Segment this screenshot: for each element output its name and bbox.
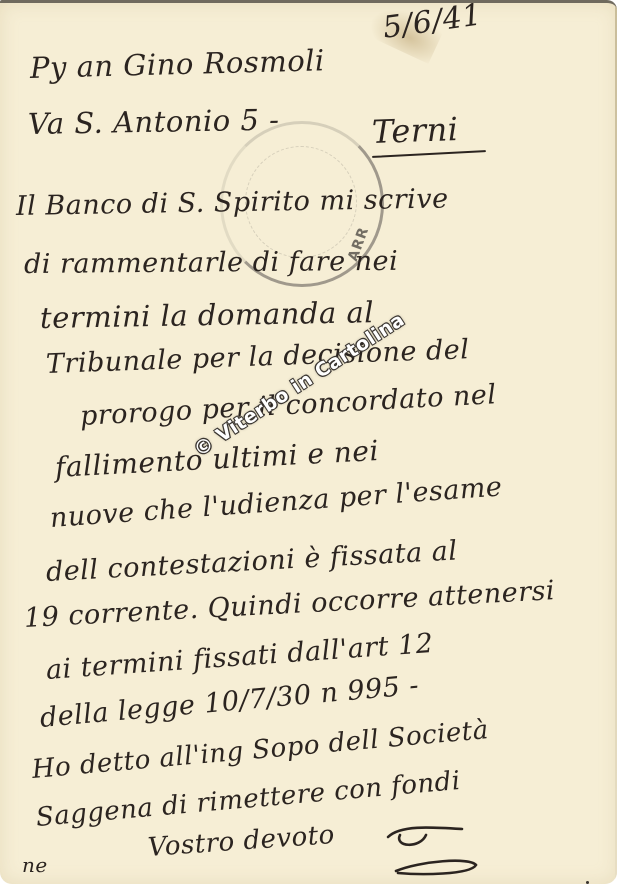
ink-speck xyxy=(586,881,589,884)
closing: Vostro devoto xyxy=(147,820,336,863)
signature-flourish xyxy=(380,821,490,881)
body-line: di rammentarle di fare nei xyxy=(24,246,398,280)
corner-mark: ne xyxy=(22,853,48,877)
address-line-1: Py an Gino Rosmoli xyxy=(30,43,326,85)
body-line: Il Banco di S. Spirito mi scrive xyxy=(16,183,449,222)
postcard: ARR 5/6/41 Py an Gino Rosmoli Va S. Anto… xyxy=(0,0,617,884)
body-line: termini la domanda al xyxy=(40,295,375,335)
address-line-2: Va S. Antonio 5 - xyxy=(28,103,280,141)
body-line: Tribunale per la decisione del xyxy=(45,334,469,380)
body-line: dell contestazioni è fissata al xyxy=(45,535,458,588)
address-city: Terni xyxy=(371,110,459,151)
city-underline xyxy=(372,150,486,158)
body-line: nuove che l'udienza per l'esame xyxy=(49,471,503,534)
